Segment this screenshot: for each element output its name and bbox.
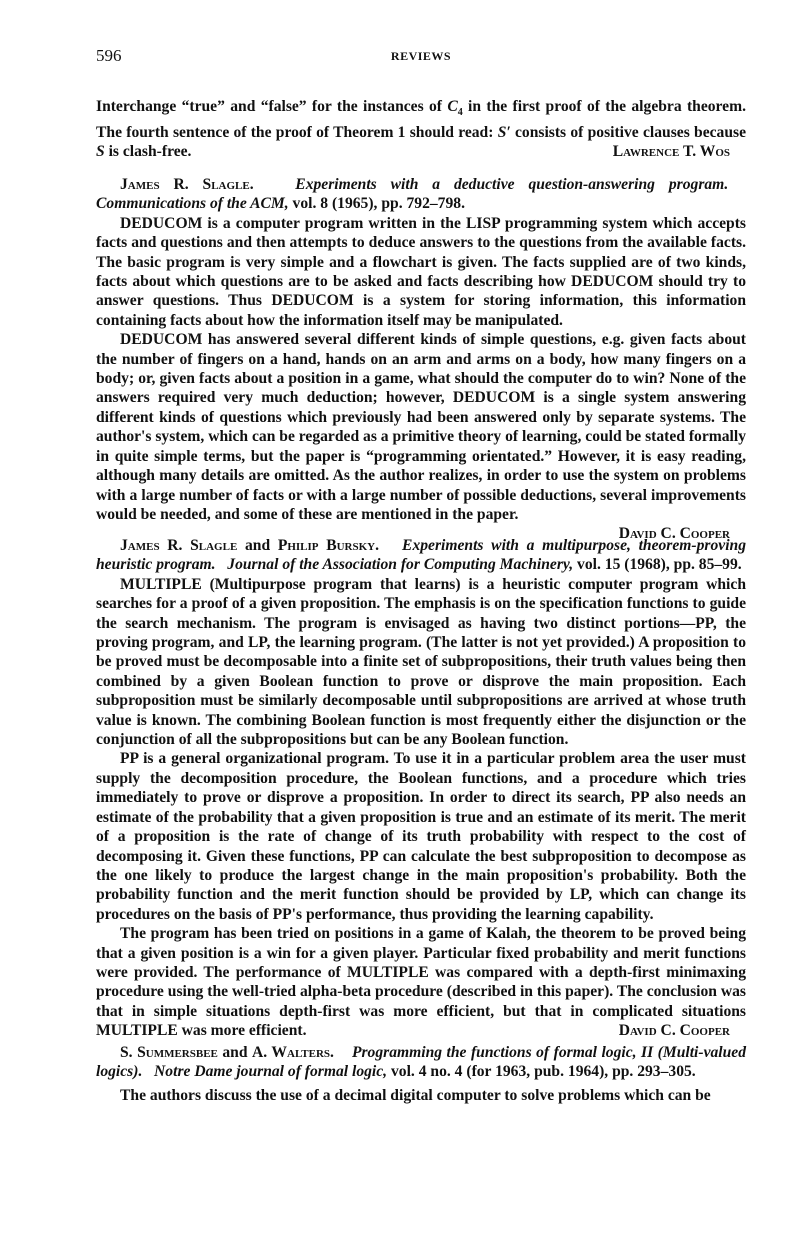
review-paragraph: MULTIPLE (Multipurpose program that lear… xyxy=(96,575,746,750)
review-author: S. Summersbee xyxy=(120,1044,218,1061)
review-author: A. Walters. xyxy=(252,1044,334,1061)
review-paragraph: DEDUCOM is a computer program written in… xyxy=(96,214,746,330)
running-head: REVIEWS xyxy=(96,49,746,64)
review-title: Experiments with a deductive question-an… xyxy=(295,176,728,193)
review-paragraph: DEDUCOM has answered several different k… xyxy=(96,330,746,524)
bibliographic-reference: James R. Slagle and Philip Bursky. Exper… xyxy=(96,536,746,575)
review-journal: Notre Dame journal of formal logic, xyxy=(154,1063,387,1080)
review-journal: Journal of the Association for Computing… xyxy=(227,556,573,573)
reviewer-signature: David C. Cooper xyxy=(595,1021,746,1040)
review-author: James R. Slagle xyxy=(120,537,237,554)
bibliographic-reference: James R. Slagle. Experiments with a dedu… xyxy=(96,175,746,214)
bibliographic-reference: S. Summersbee and A. Walters. Programmin… xyxy=(96,1043,746,1082)
erratum-block: Interchange “true” and “false” for the i… xyxy=(96,97,746,161)
math-s: S xyxy=(96,143,105,160)
page-header: 596 REVIEWS xyxy=(96,46,746,68)
review-authors: James R. Slagle. xyxy=(120,176,254,193)
math-s-prime: S′ xyxy=(498,124,511,141)
review-citation: vol. 15 (1968), pp. 85–99. xyxy=(573,556,742,573)
review-slagle-bursky-1968: James R. Slagle and Philip Bursky. Exper… xyxy=(96,536,746,1041)
review-summersbee-walters: S. Summersbee and A. Walters. Programmin… xyxy=(96,1043,746,1105)
review-paragraph: The authors discuss the use of a decimal… xyxy=(96,1086,746,1105)
review-journal: Communications of the ACM, xyxy=(96,195,289,212)
math-c: C xyxy=(447,98,457,115)
review-paragraph: PP is a general organizational program. … xyxy=(96,749,746,924)
review-citation: vol. 8 (1965), pp. 792–798. xyxy=(289,195,465,212)
review-slagle-1965: James R. Slagle. Experiments with a dedu… xyxy=(96,175,746,544)
reviewer-signature: Lawrence T. Wos xyxy=(613,142,746,161)
review-paragraph: The program has been tried on positions … xyxy=(96,924,746,1040)
review-author: Philip Bursky. xyxy=(278,537,379,554)
erratum-text: Interchange “true” and “false” for the i… xyxy=(96,97,746,161)
review-citation: vol. 4 no. 4 (for 1963, pub. 1964), pp. … xyxy=(387,1063,696,1080)
